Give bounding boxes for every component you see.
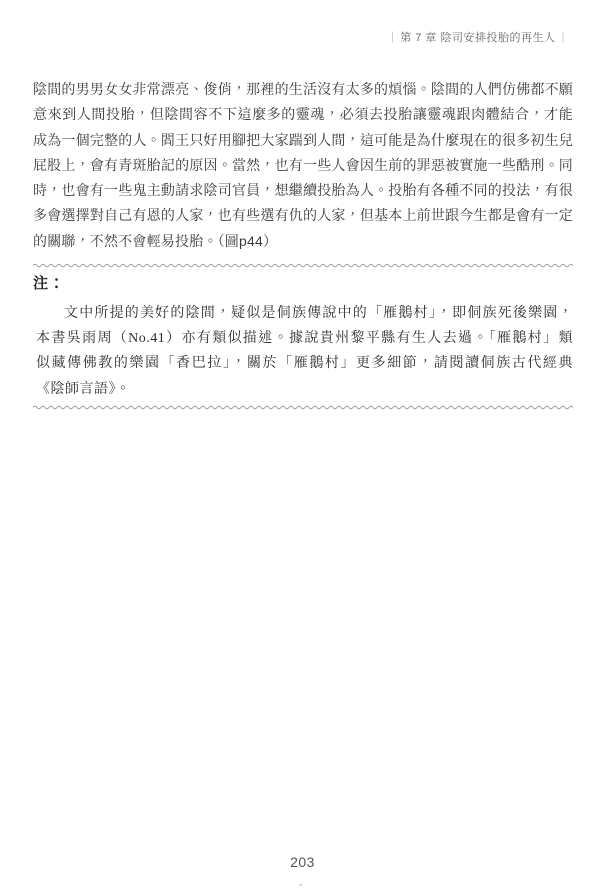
note-line: 本書吳雨周（No.41）亦有類似描述。據說貴州黎平縣有生人去過。「雁鵝村」類 bbox=[36, 326, 573, 351]
note-line: 似藏傳佛教的樂園「香巴拉」，關於「雁鵝村」更多細節，請閱讀侗族古代經典 bbox=[36, 351, 573, 376]
scan-speck bbox=[299, 884, 302, 886]
note-line: 《陰師言語》。 bbox=[36, 377, 573, 402]
book-page: ｜第 7 章 陰司安排投胎的再生人｜ 陰間的男男女女非常漂亮、俊俏，那裡的生活沒… bbox=[0, 0, 605, 896]
note-line: 文中所提的美好的陰間，疑似是侗族傳說中的「雁鵝村」，即侗族死後樂園， bbox=[36, 301, 573, 326]
note-paragraph: 文中所提的美好的陰間，疑似是侗族傳說中的「雁鵝村」，即侗族死後樂園， 本書吳雨周… bbox=[36, 301, 573, 402]
page-number: 203 bbox=[0, 852, 605, 872]
paragraph-line: 意來到人間投胎，但陰間容不下這麼多的靈魂，必須去投胎讓靈魂跟肉體結合，才能 bbox=[33, 102, 573, 127]
paragraph-line: 屁股上，會有青斑胎記的原因。當然，也有一些人會因生前的罪惡被實施一些酷刑。同 bbox=[33, 153, 573, 178]
body-paragraph: 陰間的男男女女非常漂亮、俊俏，那裡的生活沒有太多的煩惱。陰間的人們仿佛都不願 意… bbox=[33, 77, 573, 254]
paragraph-line: 陰間的男男女女非常漂亮、俊俏，那裡的生活沒有太多的煩惱。陰間的人們仿佛都不願 bbox=[33, 77, 573, 102]
running-header: ｜第 7 章 陰司安排投胎的再生人｜ bbox=[385, 30, 571, 46]
wavy-divider-bottom bbox=[33, 404, 573, 410]
paragraph-line: 多會選擇對自己有恩的人家，也有些選有仇的人家，但基本上前世跟今生都是會有一定 bbox=[33, 203, 573, 228]
paragraph-line: 的關聯，不然不會輕易投胎。（圖p44） bbox=[33, 229, 573, 254]
paragraph-line: 時，也會有一些鬼主動請求陰司官員，想繼續投胎為人。投胎有各種不同的投法，有很 bbox=[33, 178, 573, 203]
chapter-title: 第 7 章 陰司安排投胎的再生人 bbox=[400, 32, 555, 44]
note-heading: 注： bbox=[33, 272, 65, 293]
header-bar-left: ｜ bbox=[385, 32, 401, 44]
paragraph-line: 成為一個完整的人。閻王只好用腳把大家踹到人間，這可能是為什麼現在的很多初生兒 bbox=[33, 128, 573, 153]
header-bar-right: ｜ bbox=[556, 32, 572, 44]
wavy-divider-top bbox=[33, 262, 573, 268]
